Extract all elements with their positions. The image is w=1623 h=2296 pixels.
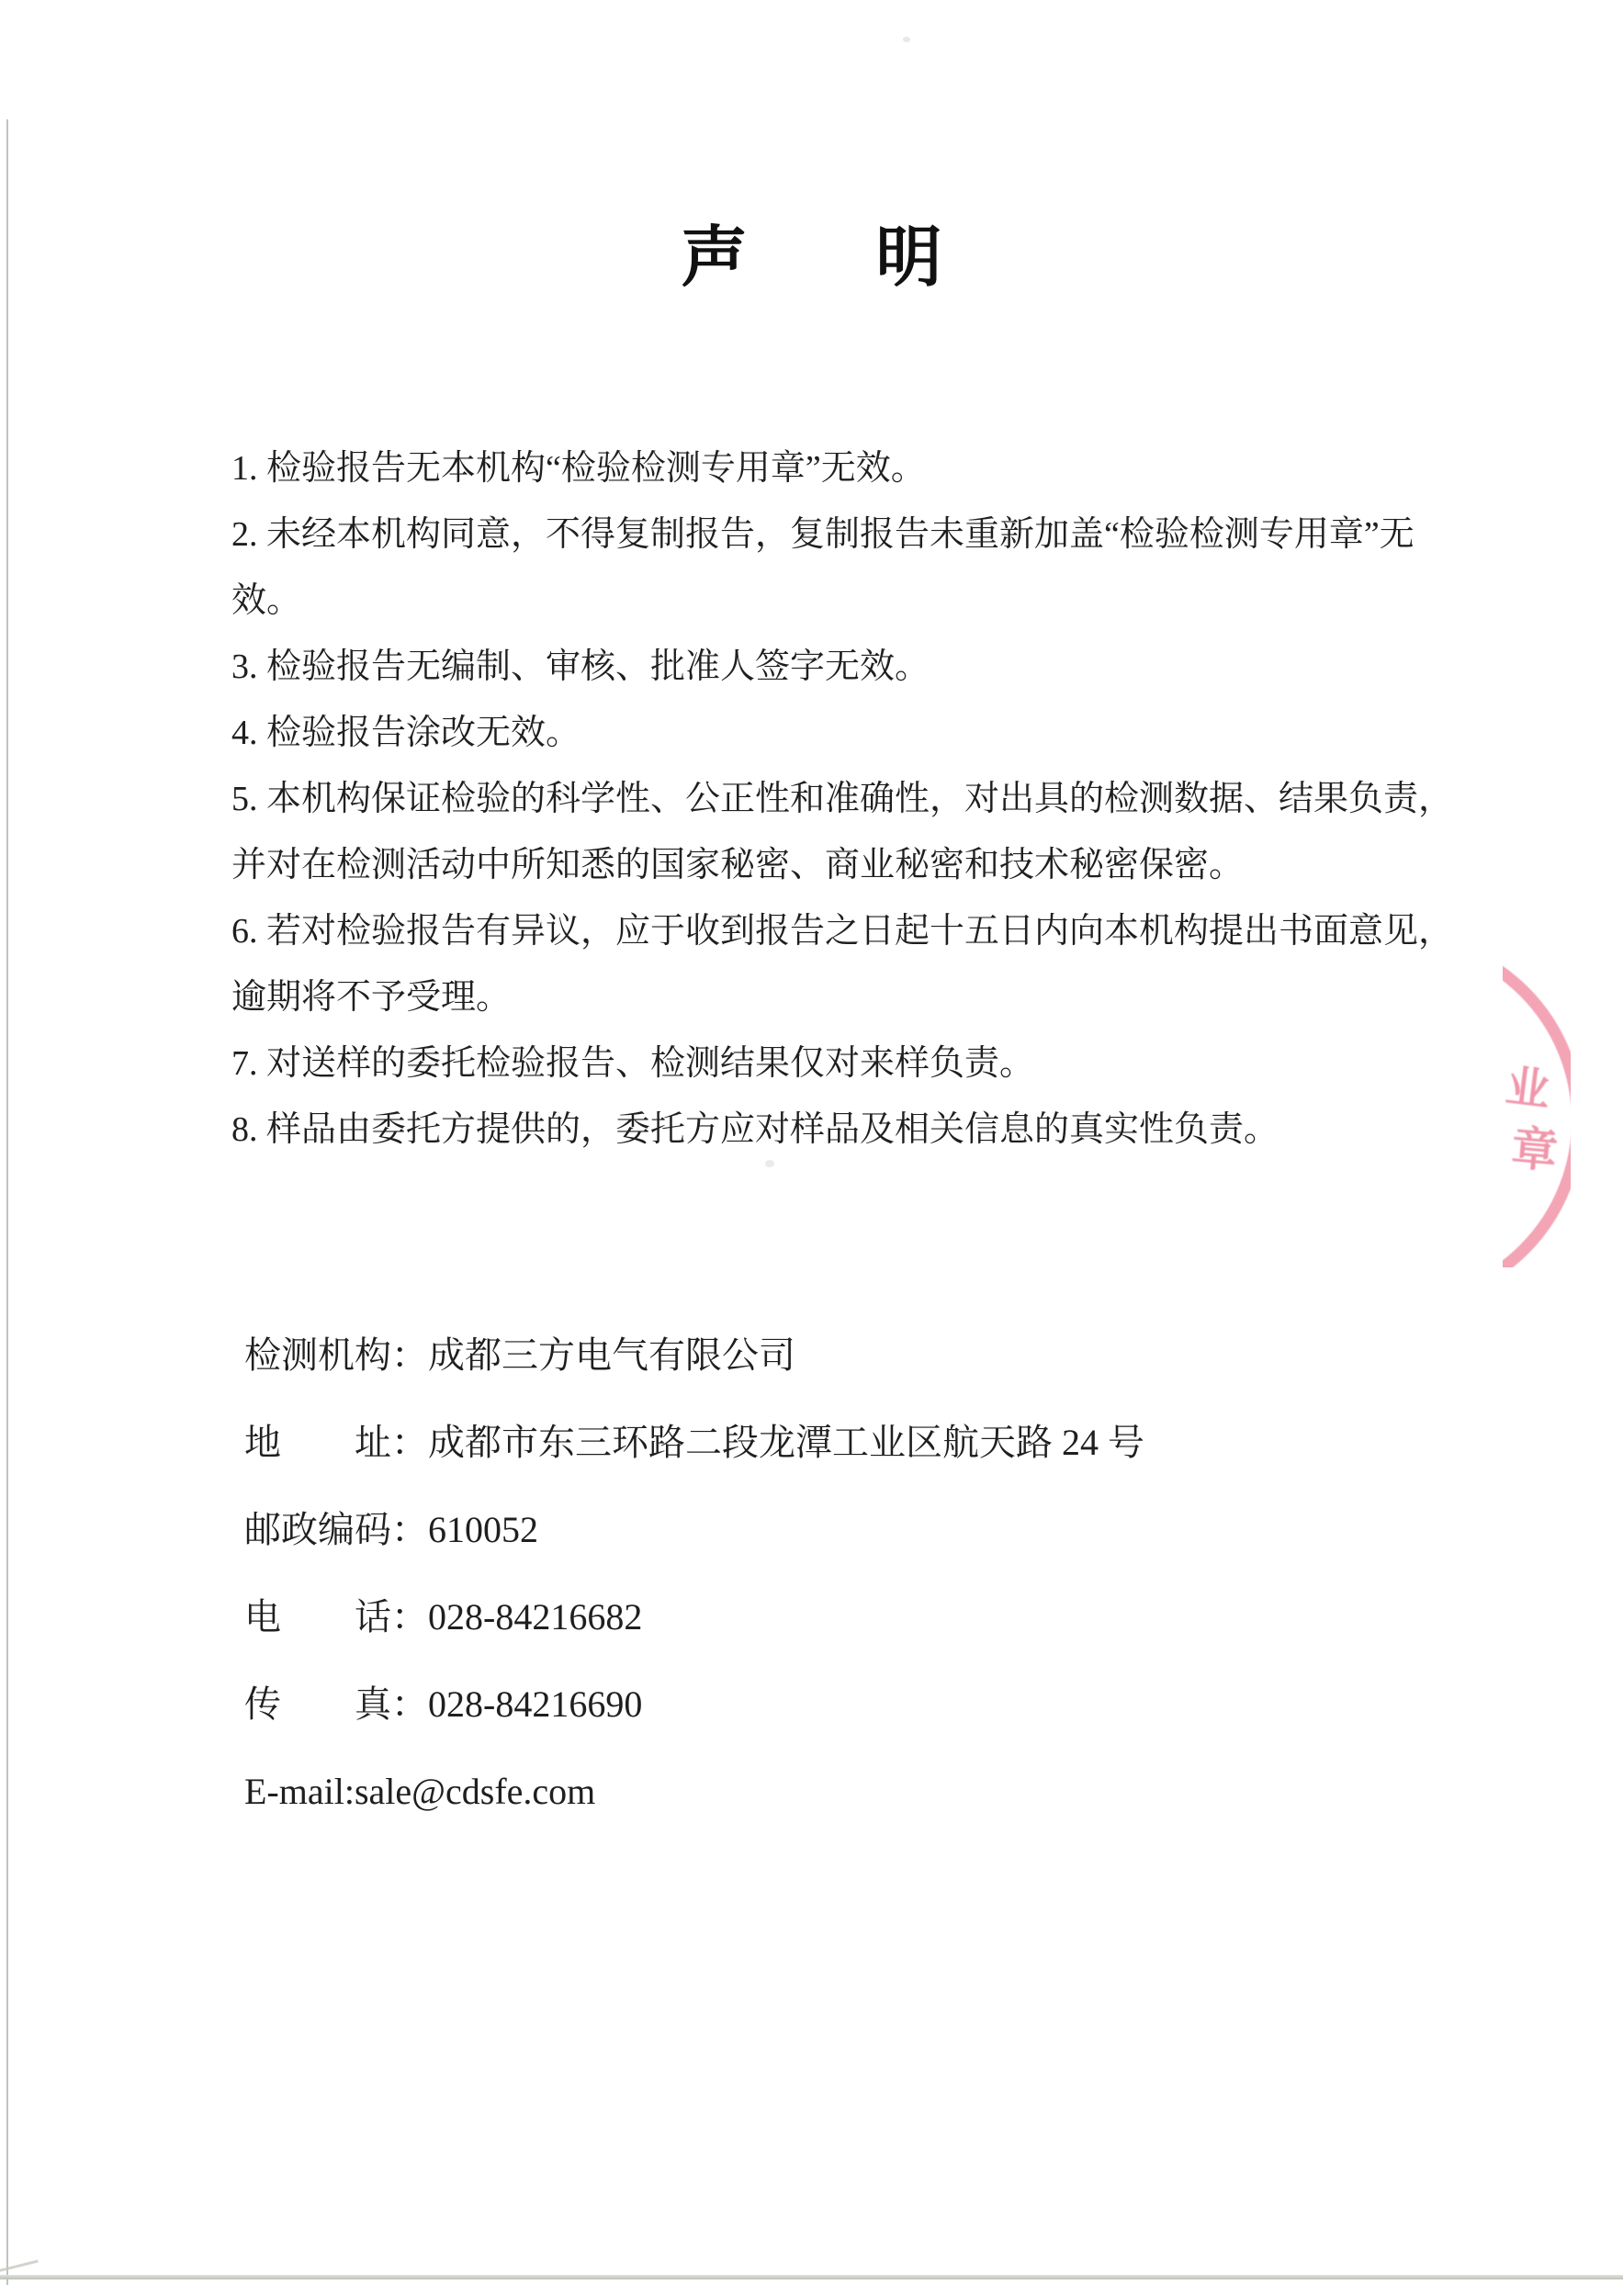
contact-row: 传 真：028-84216690 (244, 1660, 1438, 1748)
statement-list: 1. 检验报告无本机构“检验检测专用章”无效。2. 未经本机构同意，不得复制报告… (231, 435, 1453, 1163)
contact-label: 检测机构： (244, 1311, 428, 1399)
statement-line: 1. 检验报告无本机构“检验检测专用章”无效。 (231, 435, 1453, 501)
statement-line: 2. 未经本机构同意，不得复制报告，复制报告未重新加盖“检验检测专用章”无 (231, 501, 1453, 568)
contact-label: 电 话： (244, 1573, 428, 1660)
statement-line: 逾期将不予受理。 (231, 964, 1453, 1030)
statement-line: 8. 样品由委托方提供的，委托方应对样品及相关信息的真实性负责。 (231, 1097, 1453, 1163)
statement-line: 6. 若对检验报告有异议，应于收到报告之日起十五日内向本机构提出书面意见， (231, 898, 1453, 964)
contact-label: E-mail: (244, 1748, 355, 1835)
contact-label: 邮政编码： (244, 1486, 428, 1573)
statement-line: 3. 检验报告无编制、审核、批准人签字无效。 (231, 634, 1453, 700)
page-title: 声 明 (0, 204, 1623, 299)
statement-line: 7. 对送样的委托检验报告、检测结果仅对来样负责。 (231, 1030, 1453, 1097)
red-seal-stamp: 业 章 (1503, 944, 1571, 1267)
scan-edge-bottom-line (0, 2275, 1623, 2279)
statement-line: 5. 本机构保证检验的科学性、公正性和准确性，对出具的检测数据、结果负责， (231, 766, 1453, 832)
contact-block: 检测机构：成都三方电气有限公司地 址：成都市东三环路二段龙潭工业区航天路 24 … (244, 1311, 1438, 1835)
contact-value: 成都三方电气有限公司 (428, 1311, 795, 1399)
stamp-character-fragment: 业 (1503, 1050, 1554, 1118)
contact-value: sale@cdsfe.com (355, 1748, 595, 1835)
contact-value: 610052 (428, 1486, 538, 1573)
scan-edge-left-line (6, 119, 8, 2285)
contact-value: 028-84216690 (428, 1660, 642, 1748)
scan-speck (903, 37, 910, 42)
stamp-ring (1503, 944, 1571, 1267)
contact-value: 成都市东三环路二段龙潭工业区航天路 24 号 (428, 1399, 1144, 1486)
contact-label: 地 址： (244, 1399, 428, 1486)
contact-row: 地 址：成都市东三环路二段龙潭工业区航天路 24 号 (244, 1399, 1438, 1486)
statement-line: 效。 (231, 568, 1453, 634)
title-char-2: 明 (876, 204, 942, 299)
contact-row: 检测机构：成都三方电气有限公司 (244, 1311, 1438, 1399)
statement-line: 4. 检验报告涂改无效。 (231, 700, 1453, 766)
contact-label: 传 真： (244, 1660, 428, 1748)
contact-row: E-mail: sale@cdsfe.com (244, 1748, 1438, 1835)
statement-line: 并对在检测活动中所知悉的国家秘密、商业秘密和技术秘密保密。 (231, 832, 1453, 898)
contact-row: 电 话：028-84216682 (244, 1573, 1438, 1660)
stamp-character-fragment: 章 (1509, 1111, 1561, 1181)
document-page: 声 明 1. 检验报告无本机构“检验检测专用章”无效。2. 未经本机构同意，不得… (0, 0, 1623, 2296)
title-char-1: 声 (681, 204, 747, 299)
contact-value: 028-84216682 (428, 1573, 642, 1660)
contact-row: 邮政编码：610052 (244, 1486, 1438, 1573)
